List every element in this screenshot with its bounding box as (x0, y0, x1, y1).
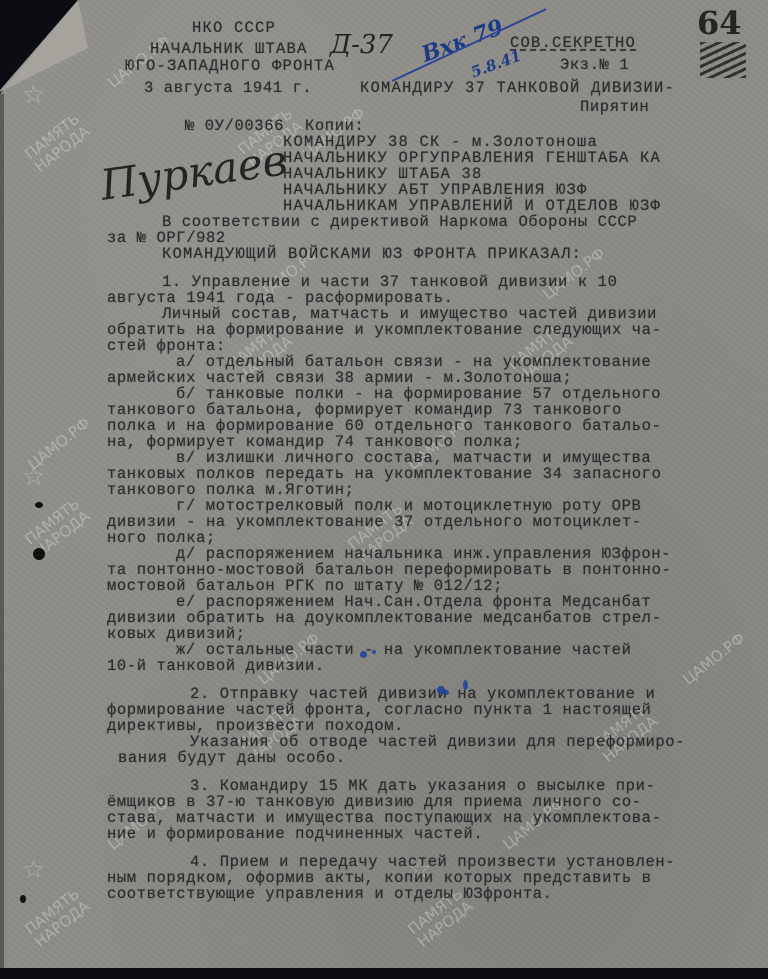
body-line: Личный состав, матчасть и имущество част… (162, 306, 657, 322)
body-line: полка и на формирование 60 отдельного та… (107, 418, 661, 434)
punch-hole (20, 895, 26, 903)
body-line: ного полка; (107, 530, 216, 546)
body-line: танковых полков передать на укомплектова… (107, 466, 661, 482)
header-front: ЮГО-ЗАПАДНОГО ФРОНТА (125, 58, 335, 74)
classification-stamp: СОВ.СЕКРЕТНО (510, 35, 636, 51)
body-line: в/ излишки личного состава, матчасти и и… (176, 450, 651, 466)
document-date: 3 августа 1941 г. (144, 80, 312, 96)
header-chief: НАЧАЛЬНИК ШТАВА (150, 41, 308, 57)
copy-number: Экз.№ 1 (560, 57, 629, 73)
preamble-line: за № ОРГ/982 (107, 230, 226, 246)
body-line: танкового полка м.Яготин; (107, 482, 355, 498)
crossed-out-number (700, 42, 746, 78)
copy-recipient: НАЧАЛЬНИКУ ШТАБА 38 (283, 166, 483, 182)
order-heading: КОМАНДУЮЩИЙ ВОЙСКАМИ ЮЗ ФРОНТА ПРИКАЗАЛ: (162, 246, 582, 262)
body-line: 2. Отправку частей дивизии на укомплекто… (190, 686, 655, 702)
body-line: вания будут даны особо. (118, 750, 346, 766)
body-line: танкового батальона, формирует командир … (107, 402, 622, 418)
body-line: д/ распоряжением начальника инж.управлен… (176, 546, 671, 562)
body-line: а/ отдельный батальон связи - на укомпле… (176, 354, 651, 370)
body-line: 4. Прием и передачу частей произвести ус… (190, 854, 675, 870)
punch-hole (33, 548, 45, 560)
body-line: е/ распоряжением Нач.Сан.Отдела фронта М… (176, 594, 651, 610)
body-line: августа 1941 года - расформировать. (107, 290, 454, 306)
body-line: ковых дивизий; (107, 626, 246, 642)
body-line: Указания об отводе частей дивизии для пе… (190, 734, 685, 750)
addressee-location: Пирятин (580, 99, 649, 115)
copy-recipient: НАЧАЛЬНИКАМ УПРАВЛЕНИЙ И ОТДЕЛОВ ЮЗФ (283, 198, 661, 214)
ink-blot (360, 651, 367, 658)
ink-blot (463, 680, 468, 690)
body-line: ж/ остальные части - на укомплектование … (176, 642, 631, 658)
body-line: 3. Командиру 15 МК дать указания о высыл… (190, 778, 655, 794)
paper-edge (0, 94, 4, 968)
header-org: НКО СССР (192, 20, 276, 36)
preamble-line: В соответствии с директивой Наркома Обор… (162, 214, 637, 230)
ink-blot (372, 650, 376, 654)
body-line: г/ мотострелковый полк и мотоциклетную р… (176, 498, 641, 514)
page-number: 64 (697, 4, 742, 42)
body-line: дивизии обратить на доукомплектование ме… (107, 610, 661, 626)
ink-blot (444, 690, 449, 695)
body-line: на, формирует командир 74 танкового полк… (107, 434, 523, 450)
body-line: б/ танковые полки - на формирование 57 о… (176, 386, 661, 402)
body-line: ние и формирование подчиненных частей. (107, 826, 483, 842)
body-line: 1. Управление и части 37 танковой дивизи… (162, 274, 617, 290)
body-line: соответствующие управления и отделы ЮЗфр… (107, 886, 553, 902)
body-line: 10-й танковой дивизии. (107, 658, 325, 674)
body-line: обратить на формирование и укомплектован… (107, 322, 661, 338)
body-line: формирование частей фронта, согласно пун… (107, 702, 652, 718)
punch-hole (35, 502, 43, 508)
copy-recipient: НАЧАЛЬНИКУ ОРГУПРАВЛЕНИЯ ГЕНШТАБА КА (283, 150, 661, 166)
body-line: армейских частей связи 38 армии - м.Золо… (107, 370, 572, 386)
document-number: № 0У/00366 (185, 118, 284, 134)
body-line: та понтонно-мостовой батальон переформир… (107, 562, 671, 578)
body-line: ным порядком, оформив акты, копии которы… (107, 870, 652, 886)
handwritten-mark: Д-37 (330, 30, 393, 60)
body-line: директивы, произвести походом. (107, 718, 404, 734)
addressee: КОМАНДИРУ 37 ТАНКОВОЙ ДИВИЗИИ- (360, 80, 675, 96)
body-line: мостовой батальон РГК по штату № 012/12; (107, 578, 503, 594)
copies-label: Копии: (305, 118, 364, 134)
body-line: ёмщиков в 37-ю танковую дивизию для прие… (107, 794, 642, 810)
copy-recipient: КОМАНДИРУ 38 СК - м.Золотоноша (283, 134, 598, 150)
body-line: стей фронта: (107, 338, 226, 354)
body-line: става, матчасти и имущества поступающих … (107, 810, 661, 826)
copy-recipient: НАЧАЛЬНИКУ АБТ УПРАВЛЕНИЯ ЮЗФ (283, 182, 588, 198)
body-line: дивизии - на укомплектование 37 отдельно… (107, 514, 642, 530)
